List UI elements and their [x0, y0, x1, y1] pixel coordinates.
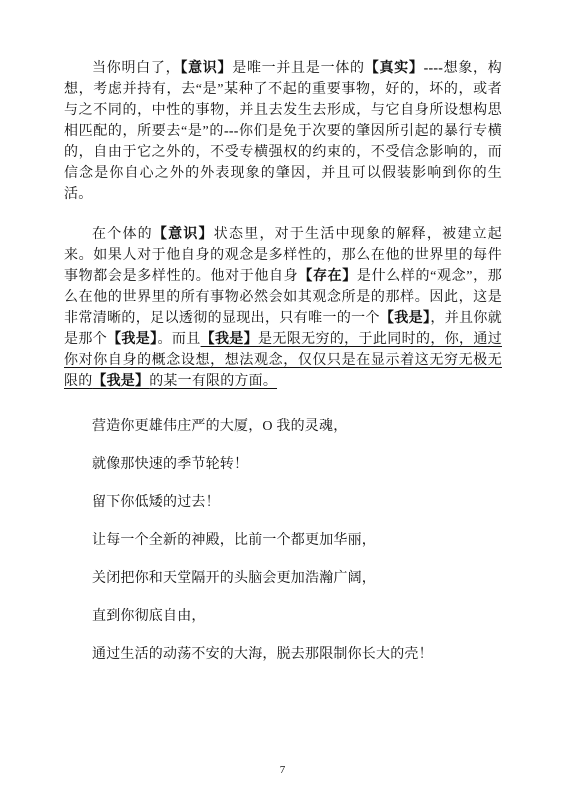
document-page: 当你明白了，【意识】是唯一并且是一体的【真实】----想象，构想，考虑并持有，去…	[0, 0, 565, 793]
poem-line: 就像那快速的季节轮转！	[64, 454, 502, 475]
poem-line: 通过生活的动荡不安的大海，脱去那限制你长大的壳！	[64, 644, 502, 665]
body-paragraph-2: 在个体的【意识】状态里，对于生活中现象的解释，被建立起来。如果人对于他自身的观念…	[64, 224, 502, 392]
poem-line: 关闭把你和天堂隔开的头脑会更加浩瀚广阔，	[64, 568, 502, 589]
body-paragraph-1: 当你明白了，【意识】是唯一并且是一体的【真实】----想象，构想，考虑并持有，去…	[64, 58, 502, 205]
poem-line: 营造你更雄伟庄严的大厦，O 我的灵魂，	[64, 416, 502, 437]
page-number: 7	[0, 764, 565, 776]
poem-line: 留下你低矮的过去！	[64, 492, 502, 513]
poem-line: 让每一个全新的神殿，比前一个都更加华丽，	[64, 530, 502, 551]
poem-block: 营造你更雄伟庄严的大厦，O 我的灵魂， 就像那快速的季节轮转！ 留下你低矮的过去…	[64, 416, 502, 665]
poem-line: 直到你彻底自由，	[64, 606, 502, 627]
